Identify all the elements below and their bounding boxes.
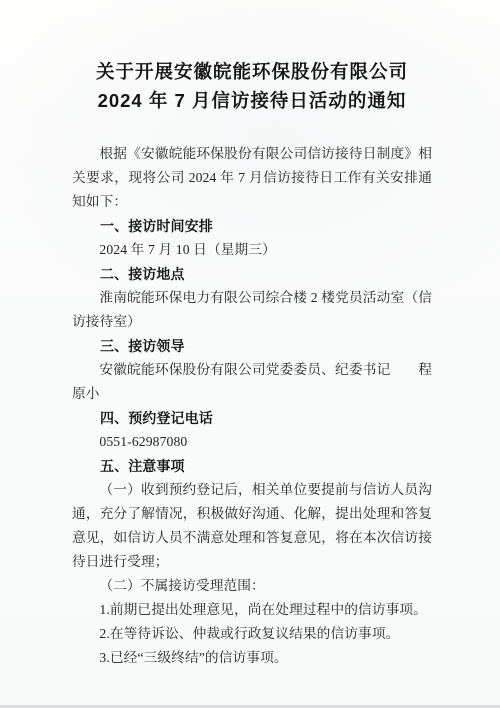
note-item-2-sub-3: 3.已经“三级终结”的信访事项。: [72, 646, 432, 670]
section-4-heading: 四、预约登记电话: [72, 406, 432, 430]
title-line-1: 关于开展安徽皖能环保股份有限公司: [72, 57, 432, 86]
notice-document: 关于开展安徽皖能环保股份有限公司 2024 年 7 月信访接待日活动的通知 根据…: [72, 57, 432, 670]
document-title: 关于开展安徽皖能环保股份有限公司 2024 年 7 月信访接待日活动的通知: [72, 57, 432, 115]
note-item-1: （一）收到预约登记后，相关单位要提前与信访人员沟通，充分了解情况，积极做好沟通、…: [72, 478, 432, 574]
note-item-2: （二）不属接访受理范围：: [72, 574, 432, 598]
section-1-date: 2024 年 7 月 10 日（星期三）: [72, 238, 432, 262]
scanned-notice-page: 关于开展安徽皖能环保股份有限公司 2024 年 7 月信访接待日活动的通知 根据…: [0, 0, 500, 708]
title-line-2: 2024 年 7 月信访接待日活动的通知: [72, 86, 432, 115]
note-item-2-sub-1: 1.前期已提出处理意见，尚在处理过程中的信访事项。: [72, 598, 432, 622]
section-5-heading: 五、注意事项: [72, 454, 432, 478]
section-2-location: 淮南皖能环保电力有限公司综合楼 2 楼党员活动室（信访接待室）: [72, 286, 432, 334]
section-1-heading: 一、接访时间安排: [72, 214, 432, 238]
note-item-2-sub-2: 2.在等待诉讼、仲裁或行政复议结果的信访事项。: [72, 622, 432, 646]
section-4-phone: 0551-62987080: [72, 430, 432, 454]
section-3-leader: 安徽皖能环保股份有限公司党委委员、纪委书记 程原小: [72, 358, 432, 406]
section-2-heading: 二、接访地点: [72, 262, 432, 286]
intro-paragraph: 根据《安徽皖能环保股份有限公司信访接待日制度》相关要求，现将公司 2024 年 …: [72, 142, 432, 214]
section-3-heading: 三、接访领导: [72, 334, 432, 358]
